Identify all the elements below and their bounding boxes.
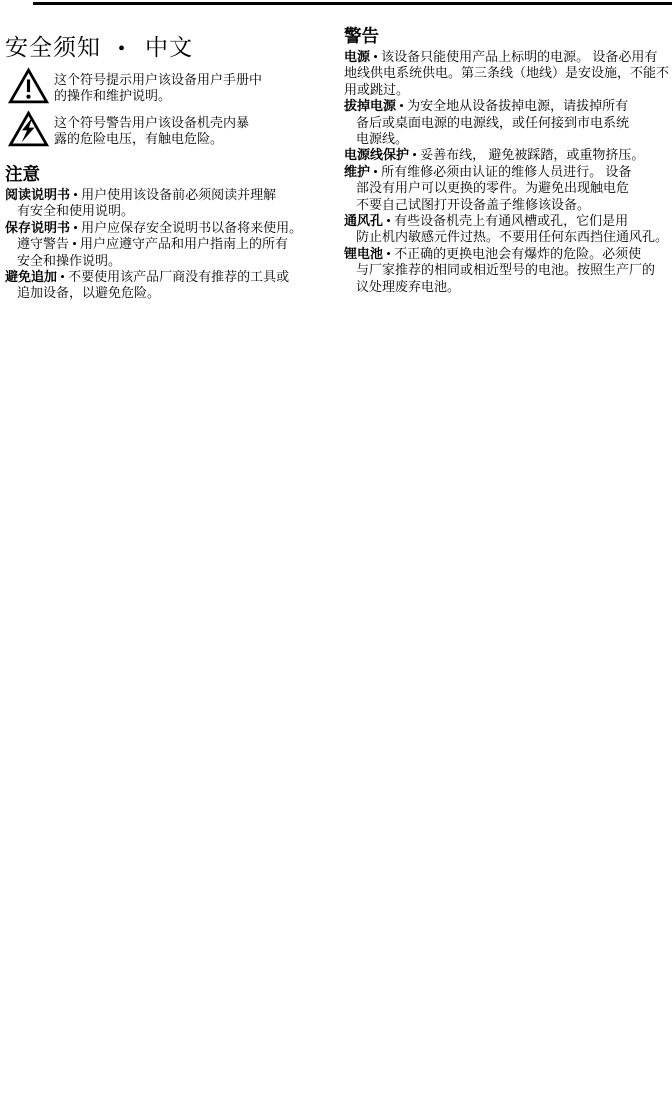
symbol-note-row: 这个符号警告用户该设备机壳内暴 露的危险电压，有触电危险。 [5,110,345,148]
symbol-note-text: 这个符号警告用户该设备机壳内暴 露的危险电压，有触电危险。 [54,110,249,148]
item-text: • 有些设备机壳上有通风槽或孔，它们是用 防止机内敏感元件过热。不要用任何东西挡… [356,213,668,244]
item-term: 保存说明书 [5,220,70,235]
item-text: • 妥善布线， 避免被踩踏，或重物挤压。 [409,147,644,162]
item-text: • 不正确的更换电池会有爆炸的危险。必须使 与厂家推荐的相同或相近型号的电池。按… [356,246,655,294]
page-title-text: 安全须知 [5,35,101,60]
warning-item-power-cord-protection: 电源线保护 • 妥善布线， 避免被踩踏，或重物挤压。 [344,147,672,163]
item-text: • 不要使用该产品厂商没有推荐的工具或 追加设备，以避免危险。 [17,269,289,300]
exclamation-triangle-icon [5,67,54,105]
left-column: 安全须知•中文 这个符号提示用户该设备用户手册中 的操作和维护说明。 这个符号警… [5,30,345,302]
warning-item-power-disconnection: 拔掉电源 • 为安全地从设备拔掉电源，请拔掉所有 备后或桌面电源的电源线，或任何… [344,98,672,147]
right-column: 警告 电源 • 该设备只能使用产品上标明的电源。 设备必用有 地线供电系统供电。… [344,26,672,295]
warning-item-servicing: 维护 • 所有维修必须由认证的维修人员进行。 设备 部没有用户可以更换的零件。为… [344,164,672,213]
item-term: 维护 [344,164,370,179]
top-rule-divider [33,2,672,5]
item-term: 电源线保护 [344,147,409,162]
item-term: 避免追加 [5,269,57,284]
item-term: 拔掉电源 [344,98,396,113]
item-term: 通风孔 [344,213,383,228]
warning-item-ventilation: 通风孔 • 有些设备机壳上有通风槽或孔，它们是用 防止机内敏感元件过热。不要用任… [344,213,672,246]
symbol-note-text: 这个符号提示用户该设备用户手册中 的操作和维护说明。 [54,67,262,105]
warning-item-power-source: 电源 • 该设备只能使用产品上标明的电源。 设备必用有 地线供电系统供电。第三条… [344,49,672,98]
item-text: • 该设备只能使用产品上标明的电源。 设备必用有 地线供电系统供电。第三条线（地… [344,49,669,97]
caution-heading: 注意 [5,164,345,185]
item-term: 锂电池 [344,246,383,261]
page-title: 安全须知•中文 [5,34,345,63]
caution-item-keep-instructions: 保存说明书 • 用户应保存安全说明书以备将来使用。 遵守警告 • 用户应遵守产品… [5,220,345,269]
item-term: 阅读说明书 [5,187,70,202]
item-text: • 为安全地从设备拔掉电源，请拔掉所有 备后或桌面电源的电源线，或任何接到市电系… [356,98,629,146]
item-text: • 所有维修必须由认证的维修人员进行。 设备 部没有用户可以更换的零件。为避免出… [356,164,631,212]
title-bullet-separator: • [118,38,126,60]
warning-heading: 警告 [344,26,672,47]
warning-item-lithium-battery: 锂电池 • 不正确的更换电池会有爆炸的危险。必须使 与厂家推荐的相同或相近型号的… [344,246,672,295]
lightning-triangle-icon [5,110,54,148]
symbol-note-row: 这个符号提示用户该设备用户手册中 的操作和维护说明。 [5,67,345,105]
item-term: 电源 [344,49,370,64]
caution-item-read-instructions: 阅读说明书 • 用户使用该设备前必须阅读并理解 有安全和使用说明。 [5,187,345,220]
page-title-language: 中文 [145,35,193,60]
caution-item-avoid-attachments: 避免追加 • 不要使用该产品厂商没有推荐的工具或 追加设备，以避免危险。 [5,269,345,302]
safety-document-page: 安全须知•中文 这个符号提示用户该设备用户手册中 的操作和维护说明。 这个符号警… [0,0,672,1114]
